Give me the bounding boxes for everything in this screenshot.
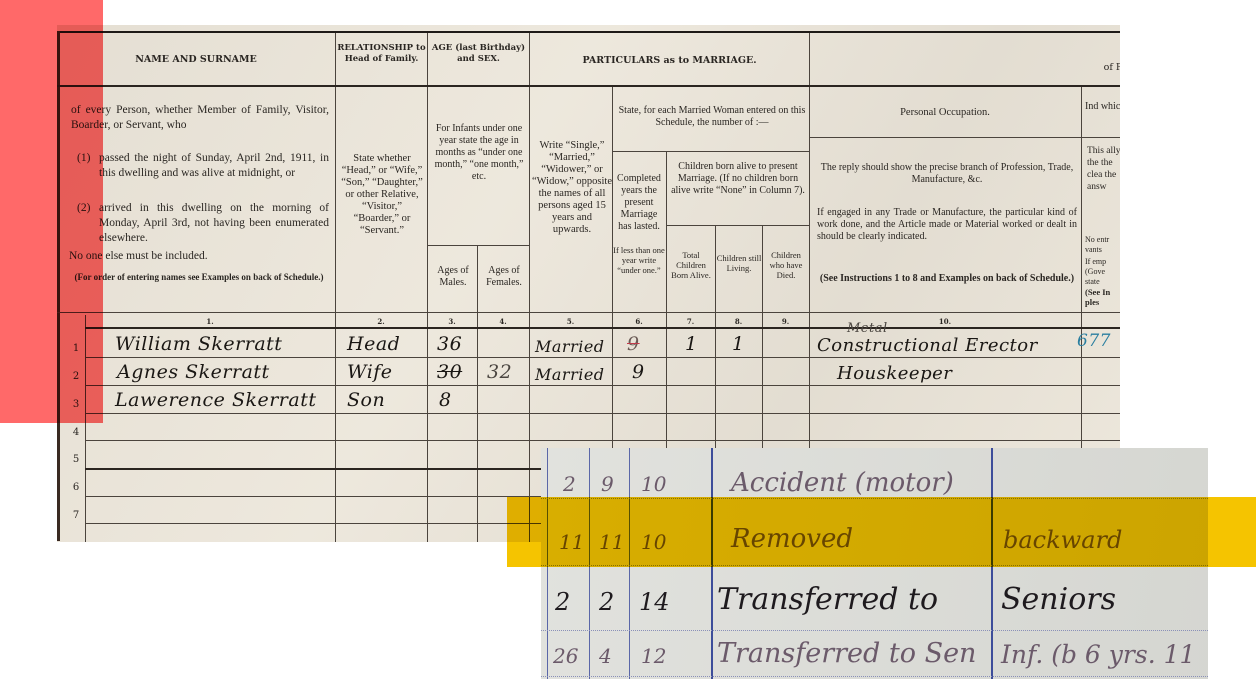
person-relationship: Wife: [347, 361, 393, 383]
person-marital-status: Married: [535, 337, 605, 356]
row-number-5: 5: [69, 454, 83, 465]
row-number-4: 4: [69, 427, 83, 438]
column-number-9: 9.: [762, 317, 809, 326]
person-age-male: 8: [439, 389, 452, 411]
person-age-male: 30: [437, 361, 462, 383]
row-number-6: 6: [69, 482, 83, 493]
infants-instruction: For Infants under one year state the age…: [431, 123, 527, 183]
person-age-female: 32: [487, 361, 512, 383]
person-total-born: 1: [685, 333, 698, 355]
person-relationship: Son: [347, 389, 385, 411]
person-relationship: Head: [347, 333, 400, 355]
register-note: Inf. (b 6 yrs. 11: [1001, 640, 1195, 669]
name-instruction-item1: passed the night of Sunday, April 2nd, 1…: [99, 151, 329, 181]
person-name: William Skerratt: [115, 333, 282, 355]
industry-note1-fragment: No entr vants: [1085, 235, 1120, 255]
header-relationship: RELATIONSHIP to Head of Family.: [336, 43, 427, 65]
register-col3: 14: [639, 588, 670, 616]
name-instruction-none: No one else must be included.: [69, 249, 329, 264]
column-number-3: 3.: [427, 317, 477, 326]
person-marital-status: Married: [535, 365, 605, 384]
children-living-label: Children still Living.: [716, 253, 762, 273]
total-children-label: Total Children Born Alive.: [667, 250, 715, 280]
person-still-living: 1: [732, 333, 745, 355]
header-marriage: PARTICULARS as to MARRIAGE.: [530, 55, 809, 66]
register-col2: 2: [599, 588, 614, 616]
column-number-2: 2.: [335, 317, 427, 326]
person-years-married: 9: [632, 361, 645, 383]
header-age: AGE (last Birthday) and SEX.: [428, 43, 529, 65]
occupation-code: 677: [1077, 331, 1111, 351]
married-woman-instruction: State, for each Married Woman entered on…: [617, 105, 807, 129]
industry-header-fragment: Ind whic: [1085, 101, 1120, 113]
personal-occupation-label: Personal Occupation.: [809, 107, 1081, 119]
row-number-7: 7: [69, 510, 83, 521]
header-profession: PROFESSION or of Persons aged ten y: [907, 51, 1120, 73]
name-instruction-item2: arrived in this dwelling on the morning …: [99, 201, 329, 246]
red-highlight-block: [0, 0, 103, 423]
register-col2: 9: [601, 472, 614, 496]
ages-males-label: Ages of Males.: [429, 265, 477, 289]
header-profession-line2: of Persons aged ten y: [1104, 62, 1120, 73]
column-number-1: 1.: [85, 317, 335, 326]
ages-females-label: Ages of Females.: [479, 265, 529, 289]
register-col1: 26: [553, 644, 578, 668]
column-number-6: 6.: [612, 317, 666, 326]
person-occupation: Houskeeper: [837, 363, 952, 384]
occupation-trade-instruction: If engaged in any Trade or Manufacture, …: [817, 207, 1077, 243]
register-reason: Transferred to: [717, 582, 938, 617]
children-died-label: Children who have Died.: [763, 250, 809, 280]
occupation-annotation: Metal: [847, 321, 888, 336]
register-reason: Accident (motor): [731, 468, 954, 498]
person-name: Agnes Skerratt: [117, 361, 270, 383]
register-col2: 4: [599, 644, 612, 668]
person-years-married: 9: [627, 333, 640, 355]
completed-years-note: If less than one year write “under one.”: [613, 245, 665, 275]
name-instruction-intro: of every Person, whether Member of Famil…: [71, 103, 329, 133]
completed-years-instruction: Completed years the present Marriage has…: [613, 173, 665, 233]
relationship-instruction: State whether “Head,” or “Wife,” “Son,” …: [339, 153, 425, 237]
column-number-7: 7.: [666, 317, 715, 326]
top-border: [57, 31, 1120, 33]
industry-note2-fragment: If emp (Gove state: [1085, 257, 1120, 287]
column-number-8: 8.: [715, 317, 762, 326]
register-reason: Transferred to Sen: [717, 638, 976, 669]
children-born-instruction: Children born alive to present Marriage.…: [669, 161, 807, 197]
name-instruction-order: (For order of entering names see Example…: [67, 272, 331, 282]
register-col3: 12: [641, 644, 666, 668]
marital-status-instruction: Write “Single,” “Married,” “Widower,” or…: [532, 140, 612, 236]
register-col3: 10: [641, 472, 666, 496]
person-name: Lawerence Skerratt: [115, 389, 316, 411]
industry-body-fragment: This ally the the clea the answ: [1087, 145, 1120, 193]
register-col1: 2: [563, 472, 576, 496]
column-number-5: 5.: [529, 317, 612, 326]
register-col1: 2: [555, 588, 570, 616]
person-occupation: Constructional Erector: [817, 335, 1038, 356]
industry-note3-fragment: (See In ples: [1085, 287, 1120, 307]
occupation-see-instruction: (See Instructions 1 to 8 and Examples on…: [817, 273, 1077, 285]
yellow-highlight-band: [507, 497, 1256, 567]
column-number-4: 4.: [477, 317, 529, 326]
register-note: Seniors: [1001, 582, 1116, 617]
person-age-male: 36: [437, 333, 462, 355]
occupation-reply-instruction: The reply should show the precise branch…: [817, 162, 1077, 186]
